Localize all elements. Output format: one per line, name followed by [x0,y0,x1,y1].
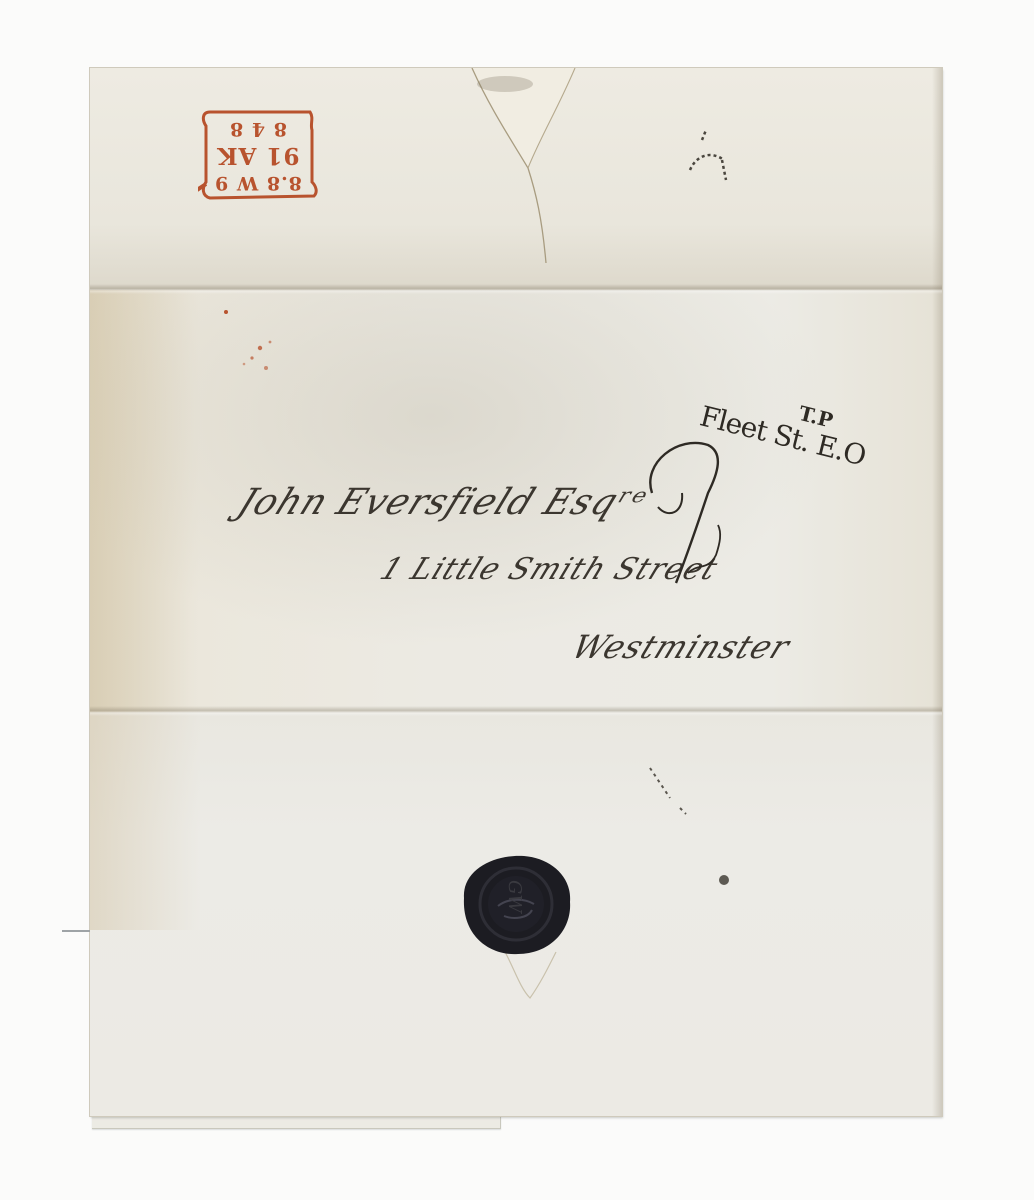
seal-monogram: GW [504,880,525,913]
letter-sheet: 8.8 W 9 91 AK 8 4 8 T.P Fleet St. E.O Jo… [90,68,942,1116]
manuscript-postage-2 [638,433,748,593]
faint-handstamp-bottom [640,758,740,898]
addressee-name: John Eversfield Esqʳᵉ [232,482,653,523]
locality: Westminster [566,628,796,666]
scan-edge-mark [62,930,90,932]
wax-seal: GW [454,850,578,960]
